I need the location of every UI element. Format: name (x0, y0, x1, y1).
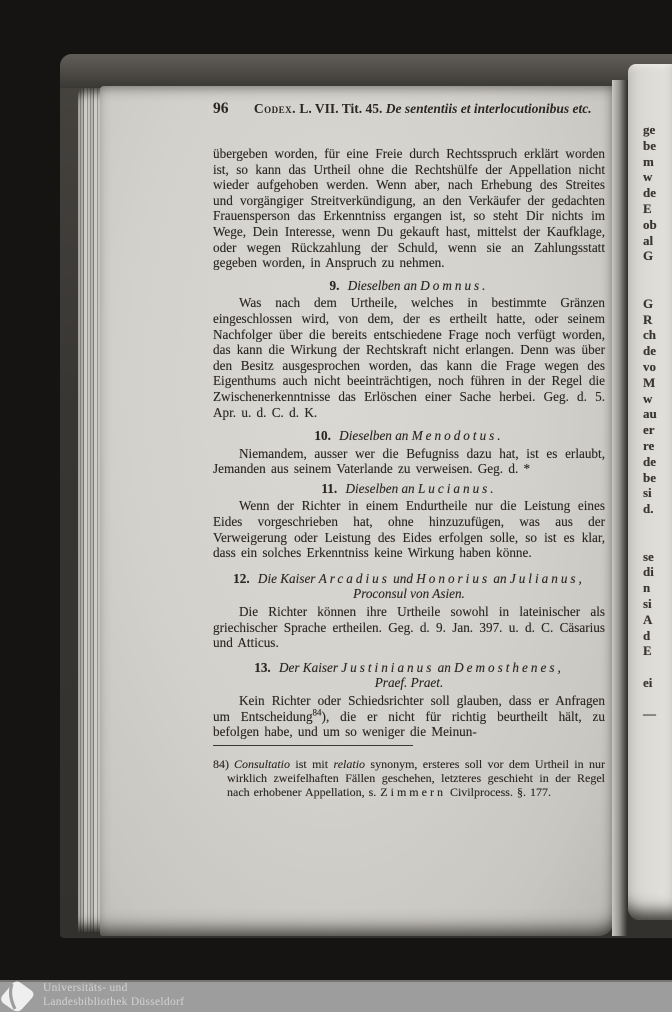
footnote-number: 84) (213, 757, 229, 771)
section-number: 12. (233, 571, 249, 586)
section-heading-11: 11. Dieselben an Lucianus. (213, 481, 605, 497)
book-cover-top-edge (60, 54, 672, 88)
adjacent-page-fragments: gebemwdeEobalG GRchdevoMwauerredebesid. … (628, 122, 672, 722)
section-label: an (438, 660, 451, 675)
section-heading-9: 9. Dieselben an Domnus. (213, 278, 605, 294)
footnote-author: Zimmern (380, 785, 446, 799)
footnote-term: relatio (333, 757, 365, 771)
section-heading-subtitle: Proconsul von Asien. (353, 586, 465, 601)
section-addressee: Menodotus. (412, 428, 504, 443)
section-number: 9. (330, 278, 340, 293)
section-number: 11. (321, 481, 337, 496)
section-label: Der Kaiser (279, 660, 338, 675)
page-content: 96 Codex. L. VII. Tit. 45. De sententiis… (213, 100, 605, 799)
running-title-latin: De sententiis et interlocutionibus etc. (386, 101, 592, 116)
section-heading-12: 12. Die Kaiser Arcadius und Honorius an … (213, 571, 605, 602)
section-addressee: Julianus, (510, 571, 585, 586)
section-addressee: Demosthenes, (454, 660, 564, 675)
section-label: und (393, 571, 413, 586)
page-header: 96 Codex. L. VII. Tit. 45. De sententiis… (213, 100, 605, 118)
section-heading-10: 10. Dieselben an Menodotus. (213, 428, 605, 444)
library-name: Universitäts- und Landesbibliothek Düsse… (43, 982, 184, 1009)
section-paragraph-11: Wenn der Richter in einem Endurtheile nu… (213, 498, 605, 560)
section-heading-13: 13. Der Kaiser Justinianus an Demosthene… (213, 660, 605, 691)
section-label: Dieselben an (339, 428, 408, 443)
section-paragraph-10: Niemandem, ausser wer die Befugniss dazu… (213, 446, 605, 477)
section-label: Dieselben an (345, 481, 414, 496)
section-paragraph-13: Kein Richter oder Schiedsrichter soll gl… (213, 693, 605, 740)
page-number: 96 (213, 100, 229, 118)
footnote-term: Consultatio (234, 757, 290, 771)
library-name-line1: Universitäts- und (43, 982, 184, 996)
paragraph-continuation: übergeben worden, für eine Freie durch R… (213, 146, 605, 271)
running-title-cite: L. VII. Tit. 45. (299, 101, 382, 116)
section-label: Die Kaiser (258, 571, 316, 586)
running-title: Codex. L. VII. Tit. 45. De sententiis et… (241, 101, 606, 117)
section-addressee: Arcadius (319, 571, 390, 586)
footnote-text: Civilprocess. §. 177. (446, 785, 551, 799)
section-addressee: Domnus. (420, 278, 488, 293)
section-addressee: Lucianus. (418, 481, 497, 496)
section-label: Dieselben an (348, 278, 417, 293)
section-number: 10. (314, 428, 330, 443)
library-name-line2: Landesbibliothek Düsseldorf (43, 996, 184, 1010)
section-paragraph-9: Was nach dem Urtheile, welches in bestim… (213, 295, 605, 420)
scanned-book-photo: gebemwdeEobalG GRchdevoMwauerredebesid. … (0, 0, 672, 1012)
section-paragraph-12: Die Richter können ihre Urtheile sowohl … (213, 604, 605, 651)
running-title-codex: Codex. (254, 101, 296, 116)
adjacent-page: gebemwdeEobalG GRchdevoMwauerredebesid. … (628, 64, 672, 920)
section-heading-subtitle: Praef. Praet. (375, 675, 444, 690)
footnote: 84)Consultatio ist mit relatio synonym, … (213, 757, 605, 799)
footnote-rule (213, 745, 413, 746)
section-number: 13. (254, 660, 270, 675)
section-addressee: Honorius (416, 571, 490, 586)
page-gutter-fold (612, 80, 628, 936)
ulb-logo-icon (0, 981, 36, 1012)
footnote-text: ist mit (290, 757, 333, 771)
section-addressee: Justinianus (341, 660, 434, 675)
section-label: an (493, 571, 506, 586)
footnote-marker: 84 (313, 707, 322, 717)
